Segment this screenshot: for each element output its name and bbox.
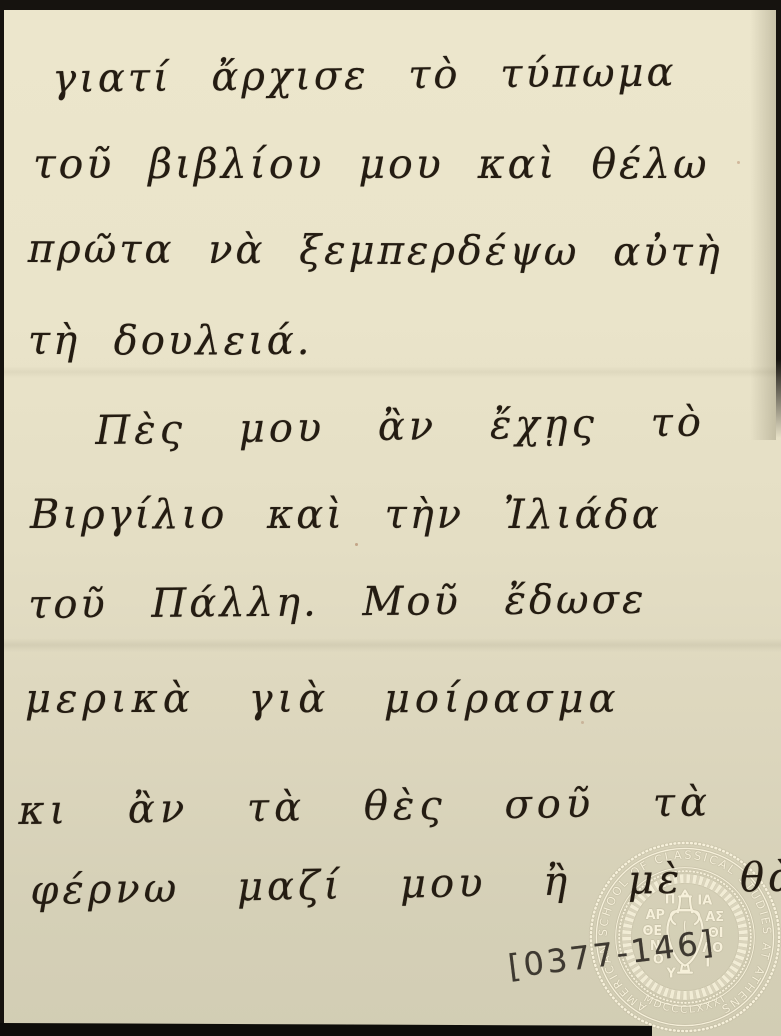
paper-crease (0, 366, 781, 378)
handwriting-line: Πὲς μου ἂν ἔχῃς τὸ (95, 399, 705, 454)
scan-border-bottom (0, 1023, 652, 1036)
handwriting-line: τὴ δουλειά. (28, 318, 313, 364)
svg-text:Υ: Υ (665, 967, 676, 982)
handwriting-line: Βιργίλιο καὶ τὴν Ἰλιάδα (30, 492, 662, 538)
scan-border-left (0, 0, 4, 1036)
scan-border-top (0, 0, 781, 10)
scan-border-right (776, 0, 781, 438)
handwriting-line: πρῶτα νὰ ξεμπερδέψω αὐτὴ (28, 226, 723, 276)
scanned-letter-page: γιατί ἄρχισε τὸ τύπωμα τοῦ βιβλίου μου κ… (0, 0, 781, 1036)
handwriting-line: μερικὰ γιὰ μοίρασμα (25, 676, 621, 722)
page-edge-shadow (750, 10, 776, 440)
handwriting-line: τοῦ Πάλλη. Μοῦ ἔδωσε (28, 577, 647, 628)
foxing-specks (355, 543, 358, 546)
svg-text:ΑΡ: ΑΡ (646, 908, 665, 923)
handwriting-line: τοῦ βιβλίου μου καὶ θέλω (33, 140, 710, 188)
handwriting-line: γιατί ἄρχισε τὸ τύπωμα (52, 49, 677, 102)
paper-crease (0, 638, 781, 652)
handwriting-line: κι ἂν τὰ θὲς σοῦ τὰ (18, 780, 712, 834)
